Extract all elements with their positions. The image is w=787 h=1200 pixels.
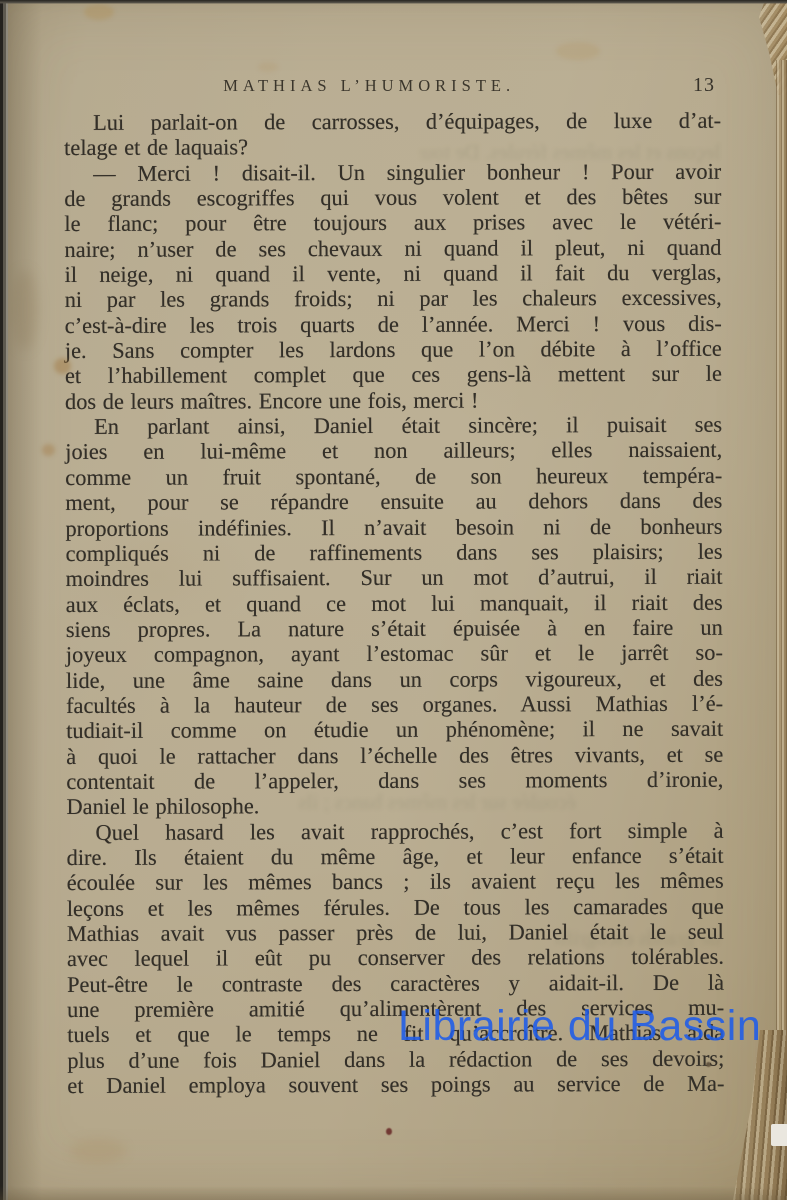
text-line: aux éclats, et quand ce mot lui manquait… [66, 589, 723, 617]
text-line: siens propres. La nature s’était épuisée… [66, 615, 723, 643]
watermark: Librairie du Bassin [398, 1002, 761, 1051]
book-page-photo: leçons et les mêmes férules. De tous les… [0, 0, 787, 1200]
text-line: à quoi le rattacher dans l’échelle des ê… [66, 741, 723, 769]
body-text: Lui parlait-on de carrosses, d’équipages… [64, 108, 724, 1099]
text-line: comme un fruit spontané, de son heureux … [65, 463, 722, 491]
text-line: compliqués ni de raffinements dans ses p… [66, 539, 723, 567]
text-line: ment, pour se répandre ensuite au dehors… [65, 488, 722, 516]
text-line: avec lequel il eût pu conserver des rela… [67, 944, 724, 972]
text-line: telage et de laquais? [64, 133, 721, 161]
text-line: de grands escogriffes qui vous volent et… [64, 184, 721, 212]
running-title: MATHIAS L’HUMORISTE. [223, 76, 515, 96]
spine-edge [0, 0, 8, 1200]
page-number: 13 [693, 74, 715, 97]
text-line: je. Sans compter les lardons que l’on dé… [65, 336, 722, 364]
text-line: il neige, ni quand il vente, ni quand il… [65, 260, 722, 288]
text-line: En parlant ainsi, Daniel était sincère; … [65, 412, 722, 440]
text-line: — Merci ! disait-il. Un singulier bonheu… [64, 158, 721, 186]
gutter-shadow [8, 0, 42, 1200]
text-line: et l’habillement complet que ces gens-là… [65, 361, 722, 389]
text-line: joies en lui-même et non ailleurs; elles… [65, 437, 722, 465]
text-line: joyeux compagnon, ayant l’estomac sûr et… [66, 640, 723, 668]
page-edge-notch [771, 1124, 787, 1146]
text-line: Lui parlait-on de carrosses, d’équipages… [64, 108, 721, 136]
bottom-edge-shadow [0, 1186, 787, 1200]
text-line: Mathias avait vus passer près de lui, Da… [67, 919, 724, 947]
text-line: naire; n’user de ses chevaux ni quand il… [64, 234, 721, 262]
text-line: Quel hasard les avait rapprochés, c’est … [66, 817, 723, 845]
text-line: lide, une âme saine dans un corps vigour… [66, 665, 723, 693]
text-line: proportions indéfinies. Il n’avait besoi… [65, 513, 722, 541]
text-line: ni par les grands froids; ni par les cha… [65, 285, 722, 313]
text-line: dos de leurs maîtres. Encore une fois, m… [65, 386, 722, 414]
text-line: le flanc; pour être toujours aux prises … [64, 209, 721, 237]
running-head: MATHIAS L’HUMORISTE. 13 [64, 74, 721, 100]
text-line: Peut-être le contraste des caractères y … [67, 969, 724, 997]
text-line: tudiait-il comme on étudie un phénomène;… [66, 716, 723, 744]
text-line: Daniel le philosophe. [66, 792, 723, 820]
page-stack-edge-right [776, 60, 787, 1070]
text-line: moindres lui suffisaient. Sur un mot d’a… [66, 564, 723, 592]
text-line: contentait de l’appeler, dans ses moment… [66, 767, 723, 795]
text-line: leçons et les mêmes férules. De tous les… [67, 893, 724, 921]
text-line: facultés à la hauteur de ses organes. Au… [66, 691, 723, 719]
top-edge-shadow [0, 0, 787, 4]
text-line: c’est-à-dire les trois quarts de l’année… [65, 310, 722, 338]
text-line: écoulée sur les mêmes bancs ; ils avaien… [67, 868, 724, 896]
text-line: et Daniel employa souvent ses poings au … [67, 1071, 724, 1099]
text-line: dire. Ils étaient du même âge, et leur e… [67, 843, 724, 871]
